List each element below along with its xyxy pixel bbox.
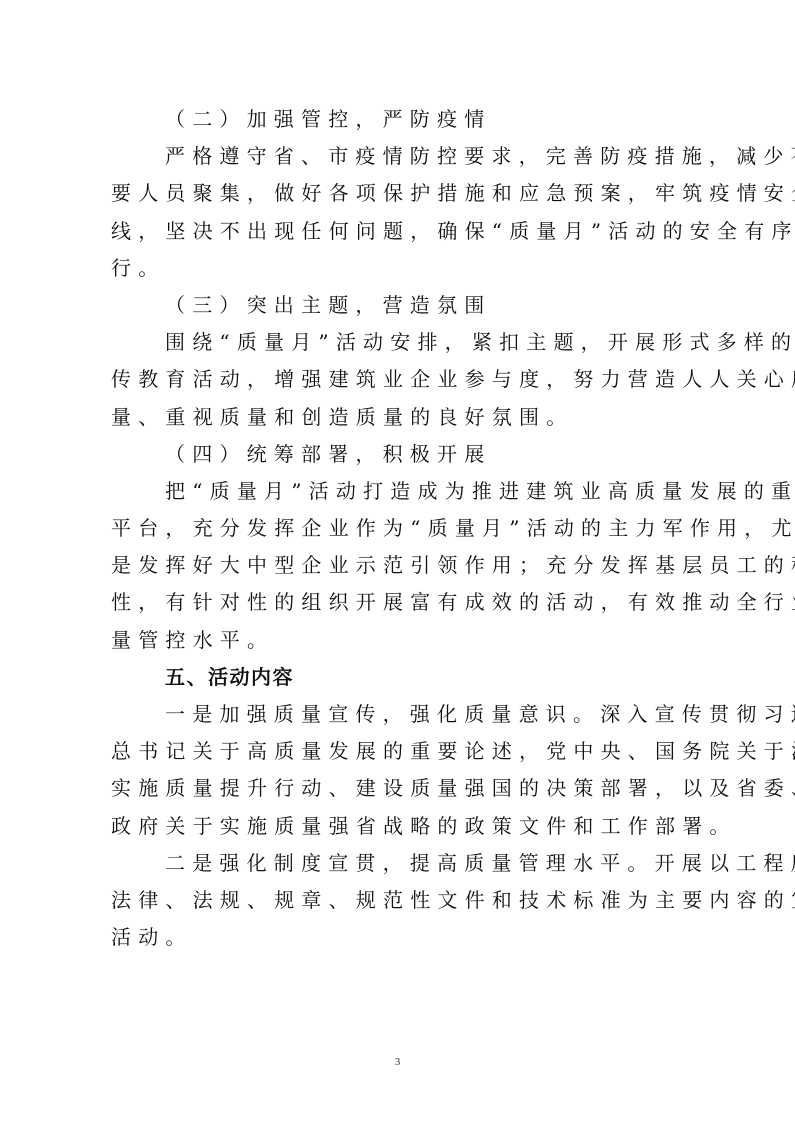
paragraph-line: 严格遵守省、市疫情防控要求，完善防疫措施，减少不必 — [111, 138, 691, 175]
paragraph-line: 传教育活动，增强建筑业企业参与度，努力营造人人关心质 — [111, 361, 691, 398]
paragraph-line: 线，坚决不出现任何问题，确保“质量月”活动的安全有序进 — [111, 213, 691, 250]
paragraph-epidemic-prevention: 严格遵守省、市疫情防控要求，完善防疫措施，减少不必 要人员聚集，做好各项保护措施… — [111, 138, 691, 287]
paragraph-line: 二是强化制度宣贯，提高质量管理水平。开展以工程质量 — [111, 845, 691, 882]
paragraph-quality-promotion: 一是加强质量宣传，强化质量意识。深入宣传贯彻习近平 总书记关于高质量发展的重要论… — [111, 696, 691, 845]
page-number: 3 — [0, 1056, 795, 1068]
paragraph-line: 活动。 — [111, 919, 691, 956]
paragraph-line: 要人员聚集，做好各项保护措施和应急预案，牢筑疫情安全防 — [111, 175, 691, 212]
paragraph-platform: 把“质量月”活动打造成为推进建筑业高质量发展的重要 平台，充分发挥企业作为“质量… — [111, 473, 691, 659]
subheading-strengthen-control: （二）加强管控，严防疫情 — [111, 101, 691, 138]
paragraph-line: 法律、法规、规章、规范性文件和技术标准为主要内容的宣传 — [111, 882, 691, 919]
document-body: （二）加强管控，严防疫情 严格遵守省、市疫情防控要求，完善防疫措施，减少不必 要… — [111, 101, 691, 956]
paragraph-line: 政府关于实施质量强省战略的政策文件和工作部署。 — [111, 808, 691, 845]
paragraph-line: 一是加强质量宣传，强化质量意识。深入宣传贯彻习近平 — [111, 696, 691, 733]
section-heading-activity-content: 五、活动内容 — [111, 659, 691, 696]
paragraph-line: 实施质量提升行动、建设质量强国的决策部署，以及省委、省 — [111, 770, 691, 807]
paragraph-line: 平台，充分发挥企业作为“质量月”活动的主力军作用，尤其 — [111, 510, 691, 547]
document-page: （二）加强管控，严防疫情 严格遵守省、市疫情防控要求，完善防疫措施，减少不必 要… — [0, 0, 795, 1123]
paragraph-line: 量、重视质量和创造质量的良好氛围。 — [111, 399, 691, 436]
subheading-coordinate-deployment: （四）统筹部署，积极开展 — [111, 436, 691, 473]
paragraph-line: 总书记关于高质量发展的重要论述，党中央、国务院关于深入 — [111, 733, 691, 770]
paragraph-line: 是发挥好大中型企业示范引领作用；充分发挥基层员工的积极 — [111, 547, 691, 584]
paragraph-line: 性，有针对性的组织开展富有成效的活动，有效推动全行业质 — [111, 584, 691, 621]
paragraph-line: 量管控水平。 — [111, 622, 691, 659]
paragraph-system-implementation: 二是强化制度宣贯，提高质量管理水平。开展以工程质量 法律、法规、规章、规范性文件… — [111, 845, 691, 957]
paragraph-atmosphere: 围绕“质量月”活动安排，紧扣主题，开展形式多样的宣 传教育活动，增强建筑业企业参… — [111, 324, 691, 436]
paragraph-line: 把“质量月”活动打造成为推进建筑业高质量发展的重要 — [111, 473, 691, 510]
paragraph-line: 围绕“质量月”活动安排，紧扣主题，开展形式多样的宣 — [111, 324, 691, 361]
paragraph-line: 行。 — [111, 250, 691, 287]
subheading-highlight-theme: （三）突出主题，营造氛围 — [111, 287, 691, 324]
